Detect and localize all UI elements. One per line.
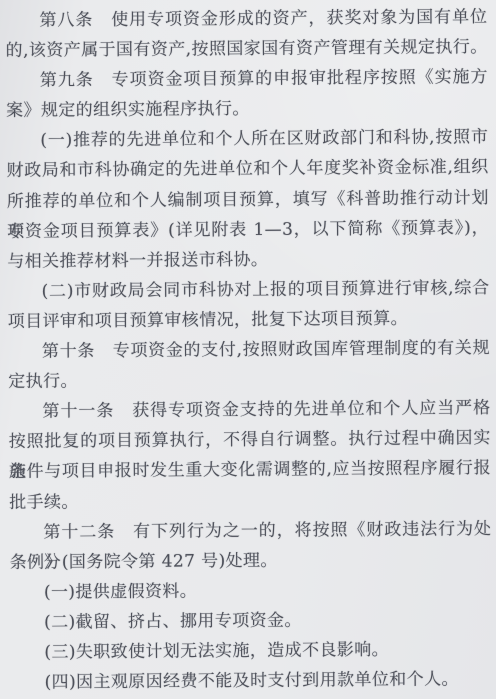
text-line: 第八条 使用专项资金形成的资产，获奖对象为国有单位 bbox=[5, 2, 487, 36]
text-line: 条例》(国务院令第 427 号)处理。 bbox=[10, 544, 492, 578]
document-text-block: 第八条 使用专项资金形成的资产，获奖对象为国有单位的,该资产属于国有资产,按照国… bbox=[5, 2, 492, 698]
text-line: 项目评审和项目预算审核情况，批复下达项目预算。 bbox=[8, 303, 490, 337]
text-line: 与相关推荐材料一并报送市科协。 bbox=[7, 243, 489, 277]
text-line: 的,该资产属于国有资产,按照国家国有资产管理有关规定执行。 bbox=[6, 32, 488, 66]
text-line: (一)推荐的先进单位和个人所在区财政部门和科协,按照市 bbox=[6, 122, 488, 156]
text-line: 第九条 专项资金项目预算的申报审批程序按照《实施方 bbox=[6, 62, 488, 96]
text-line: 财政局和市科协确定的先进单位和个人年度奖补资金标准,组织 bbox=[6, 153, 488, 187]
text-line: 所推荐的单位和个人编制项目预算，填写《科普助推行动计划专 bbox=[7, 183, 489, 217]
text-line: 第十条 专项资金的支付,按照财政国库管理制度的有关规 bbox=[8, 333, 490, 367]
text-line: 定执行。 bbox=[8, 363, 490, 397]
text-line: 第十二条 有下列行为之一的，将按照《财政违法行为处分 bbox=[9, 514, 491, 548]
text-line: (四)因主观原因经费不能及时支付到用款单位和个人。 bbox=[10, 664, 492, 698]
text-line: 条件与项目申报时发生重大变化需调整的,应当按照程序履行报 bbox=[9, 454, 491, 488]
text-line: (一)提供虚假资料。 bbox=[10, 574, 492, 608]
scanned-page-background: { "document": { "kind": "scanned-regulat… bbox=[0, 0, 496, 699]
text-line: 按照批复的项目预算执行，不得自行调整。执行过程中确因实施 bbox=[9, 423, 491, 457]
text-line: 第十一条 获得专项资金支持的先进单位和个人应当严格 bbox=[8, 393, 490, 427]
text-line: (三)失职致使计划无法实施，造成不良影响。 bbox=[10, 634, 492, 668]
text-line: 批手续。 bbox=[9, 484, 491, 518]
text-line: (二)市财政局会同市科协对上报的项目预算进行审核,综合 bbox=[7, 273, 489, 307]
document-page: 第八条 使用专项资金形成的资产，获奖对象为国有单位的,该资产属于国有资产,按照国… bbox=[0, 0, 496, 699]
text-line: 项资金项目预算表》(详见附表 1—3，以下简称《预算表》)， bbox=[7, 213, 489, 247]
text-line: 案》规定的组织实施程序执行。 bbox=[6, 92, 488, 126]
text-line: (二)截留、挤占、挪用专项资金。 bbox=[10, 604, 492, 638]
